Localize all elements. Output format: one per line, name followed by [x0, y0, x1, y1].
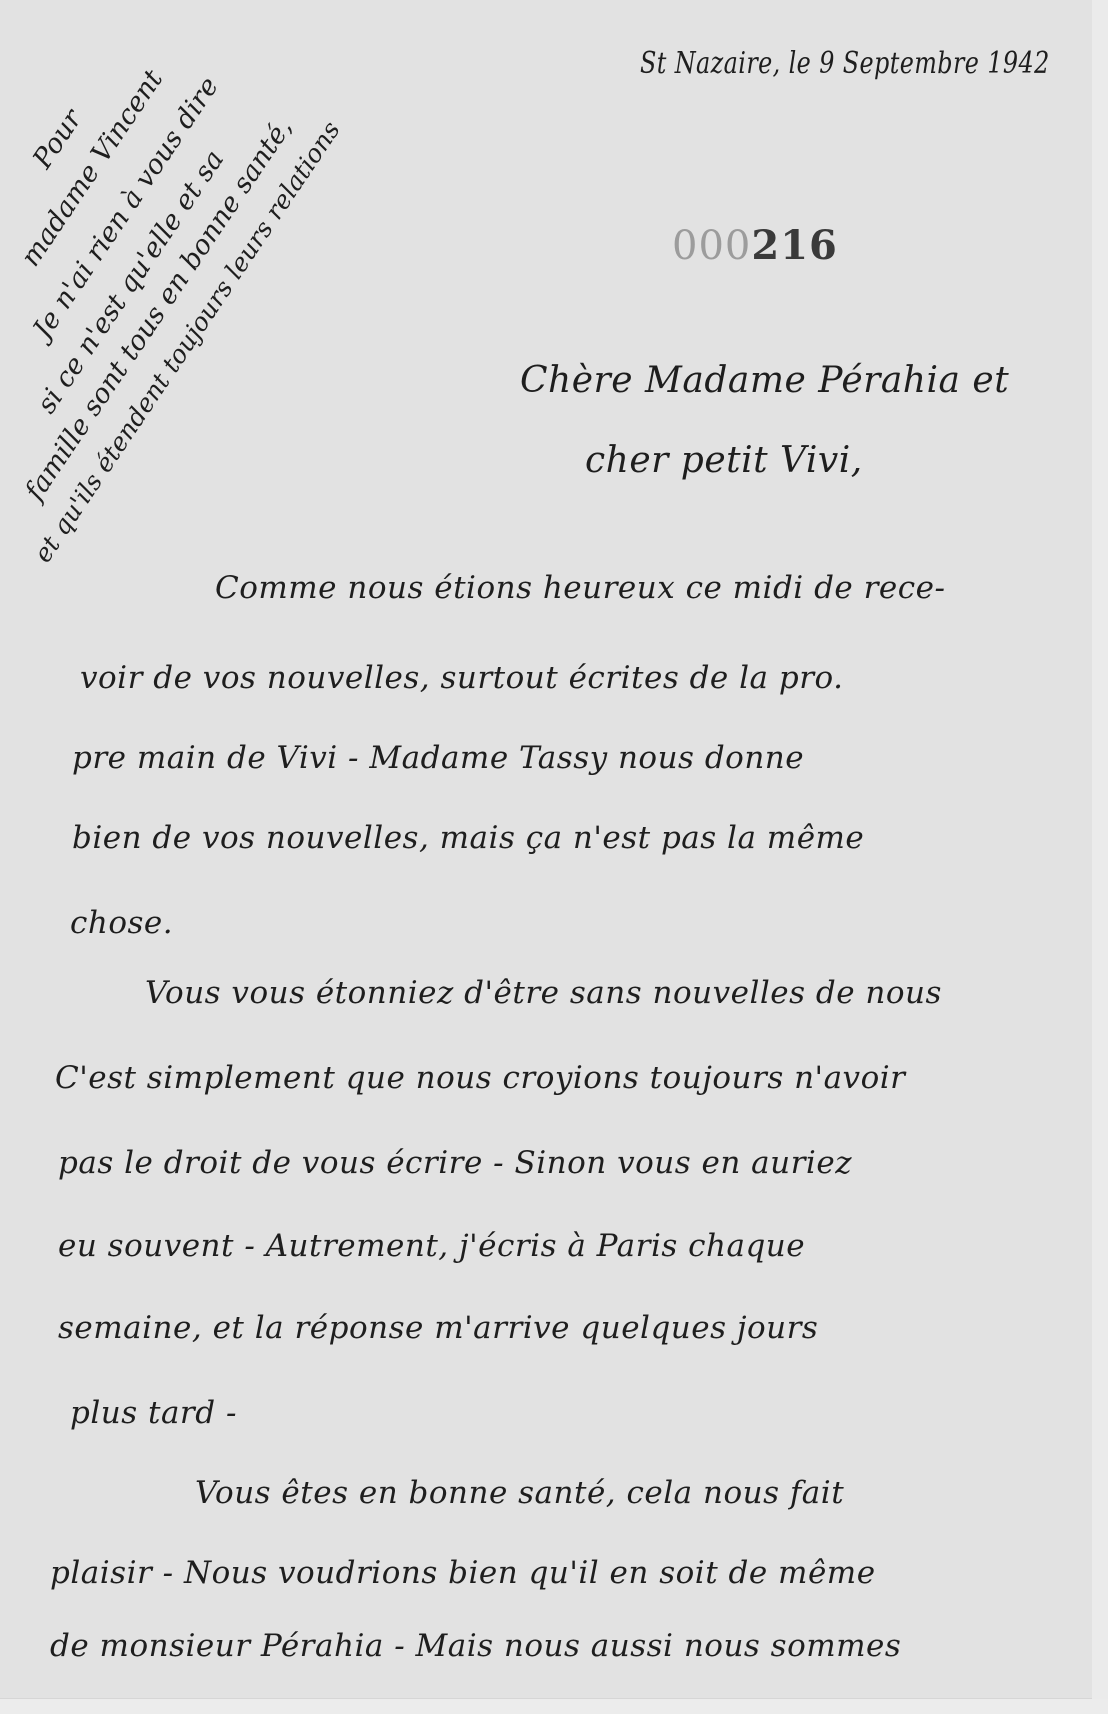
archive-stamp-number: 000216: [672, 222, 838, 269]
body-line: plaisir - Nous voudrions bien qu'il en s…: [50, 1555, 876, 1591]
body-line: Vous êtes en bonne santé, cela nous fait: [195, 1475, 844, 1511]
body-line: plus tard -: [70, 1395, 237, 1431]
body-line: chose.: [70, 905, 173, 941]
body-line: voir de vos nouvelles, surtout écrites d…: [80, 660, 844, 696]
body-line: eu souvent - Autrement, j'écris à Paris …: [58, 1228, 805, 1264]
body-line: Comme nous étions heureux ce midi de rec…: [215, 570, 945, 606]
margin-note: Pour madame Vincent Je n'ai rien à vous …: [0, 0, 420, 580]
scan-border-bottom: [0, 1699, 1108, 1714]
body-line: Vous vous étonniez d'être sans nouvelles…: [145, 975, 942, 1011]
archive-stamp-bold-digits: 216: [751, 222, 838, 269]
body-line: pre main de Vivi - Madame Tassy nous don…: [72, 740, 804, 776]
body-line: C'est simplement que nous croyions toujo…: [55, 1060, 905, 1096]
body-line: pas le droit de vous écrire - Sinon vous…: [58, 1145, 852, 1181]
body-line: bien de vos nouvelles, mais ça n'est pas…: [72, 820, 864, 856]
dateline: St Nazaire, le 9 Septembre 1942: [640, 46, 1050, 81]
salutation-line: cher petit Vivi,: [585, 440, 863, 481]
letter-page: St Nazaire, le 9 Septembre 1942 000216 P…: [0, 0, 1093, 1699]
archive-stamp-faded-digits: 000: [672, 223, 751, 269]
scan-border-right: [1092, 0, 1108, 1714]
salutation-line: Chère Madame Pérahia et: [520, 360, 1009, 401]
body-line: de monsieur Pérahia - Mais nous aussi no…: [50, 1628, 901, 1664]
body-line: semaine, et la réponse m'arrive quelques…: [58, 1310, 818, 1346]
